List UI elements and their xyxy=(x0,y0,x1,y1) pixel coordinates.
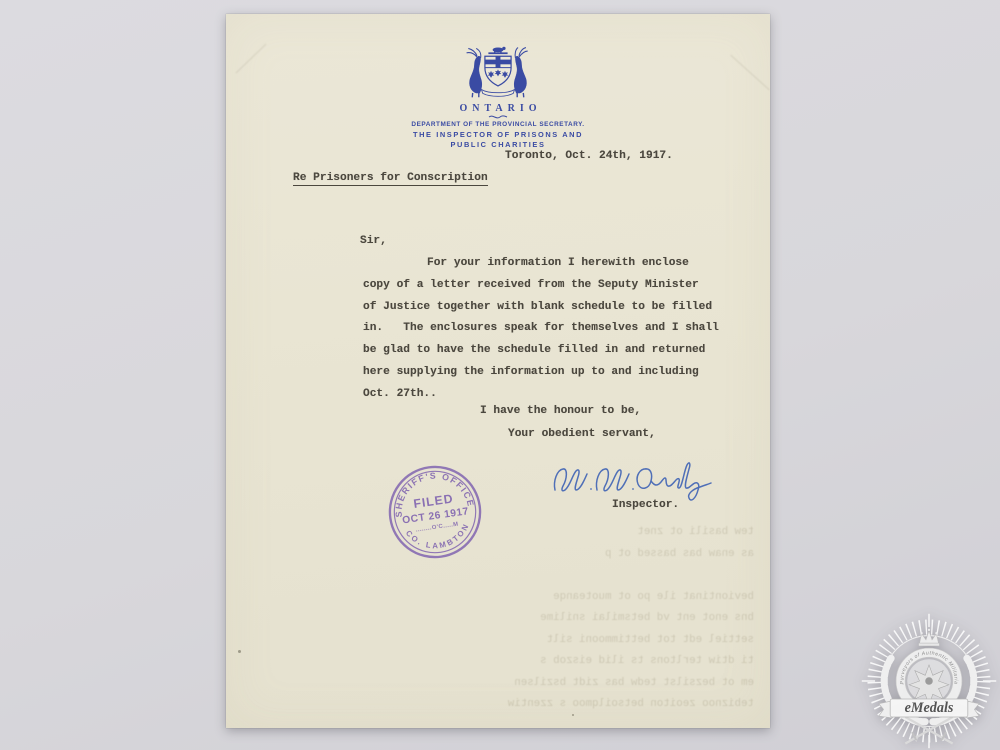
letterhead-office-line1: THE INSPECTOR OF PRISONS AND xyxy=(358,130,638,139)
letterhead-office-line2: PUBLIC CHARITIES xyxy=(358,140,638,149)
letter-line: copy of a letter received from the Seput… xyxy=(363,279,719,301)
emedals-watermark: Purveyors of Authentic Militaria eMedal xyxy=(853,610,1000,750)
emedals-banner: eMedals xyxy=(879,699,979,718)
letter-line: be glad to have the schedule filled in a… xyxy=(363,344,719,366)
bleed-line: as enaw bas bassed ot p xyxy=(422,548,754,570)
letter-line: of Justice together with blank schedule … xyxy=(363,301,719,323)
bleed-line: bns enot ent vd betsmilai snilime xyxy=(422,612,754,634)
bleed-line: settiel edt tot bettimmooni silt xyxy=(422,634,754,656)
paper-speck xyxy=(238,650,241,653)
bleed-line: ti dtiw terltons ts ilid eiszob s xyxy=(422,655,754,677)
photo-background: ONTARIO DEPARTMENT OF THE PROVINCIAL SEC… xyxy=(0,0,1000,750)
letter-line: here supplying the information up to and… xyxy=(363,366,719,388)
bleed-line: em ot bezsilst tedw bas zidt bszilsen xyxy=(422,677,754,699)
crown-icon xyxy=(919,629,940,646)
dateline: Toronto, Oct. 24th, 1917. xyxy=(505,150,673,162)
reverse-bleedthrough-text: tew basili ot znet as enaw bas bassed ot… xyxy=(422,526,754,720)
letter-body: For your information I herewith enclose … xyxy=(363,257,719,410)
salutation: Sir, xyxy=(360,235,387,247)
subject-text: Re Prisoners for Conscription xyxy=(293,172,488,186)
stamp-date: OCT 26 1917 xyxy=(402,506,470,526)
letterhead-department: DEPARTMENT OF THE PROVINCIAL SECRETARY. xyxy=(358,121,638,128)
letter-line: For your information I herewith enclose xyxy=(363,257,719,279)
bleed-line: tebiznoo zeoiton betsoilqmoo s zzentiw xyxy=(422,698,754,720)
letterhead: ONTARIO DEPARTMENT OF THE PROVINCIAL SEC… xyxy=(358,43,638,149)
letter-document: ONTARIO DEPARTMENT OF THE PROVINCIAL SEC… xyxy=(226,14,770,728)
signoff-title: Inspector. xyxy=(612,499,679,511)
subject-line: Re Prisoners for Conscription xyxy=(293,172,488,184)
closing-line-1: I have the honour to be, xyxy=(480,405,641,417)
emedals-brand-text: eMedals xyxy=(905,700,954,716)
ontario-coat-of-arms-icon xyxy=(450,43,546,101)
bleed-line: tew basili ot znet xyxy=(422,526,754,548)
bleed-line: beviontinat ile po ot muoteanqe xyxy=(422,591,754,613)
flourish-icon xyxy=(487,114,509,120)
paper-crease xyxy=(730,55,769,91)
paper-crease xyxy=(236,44,267,74)
letterhead-province: ONTARIO xyxy=(358,103,638,114)
letter-line: in. The enclosures speak for themselves … xyxy=(363,322,719,344)
bleed-line xyxy=(422,569,754,591)
closing-line-2: Your obedient servant, xyxy=(508,428,656,440)
